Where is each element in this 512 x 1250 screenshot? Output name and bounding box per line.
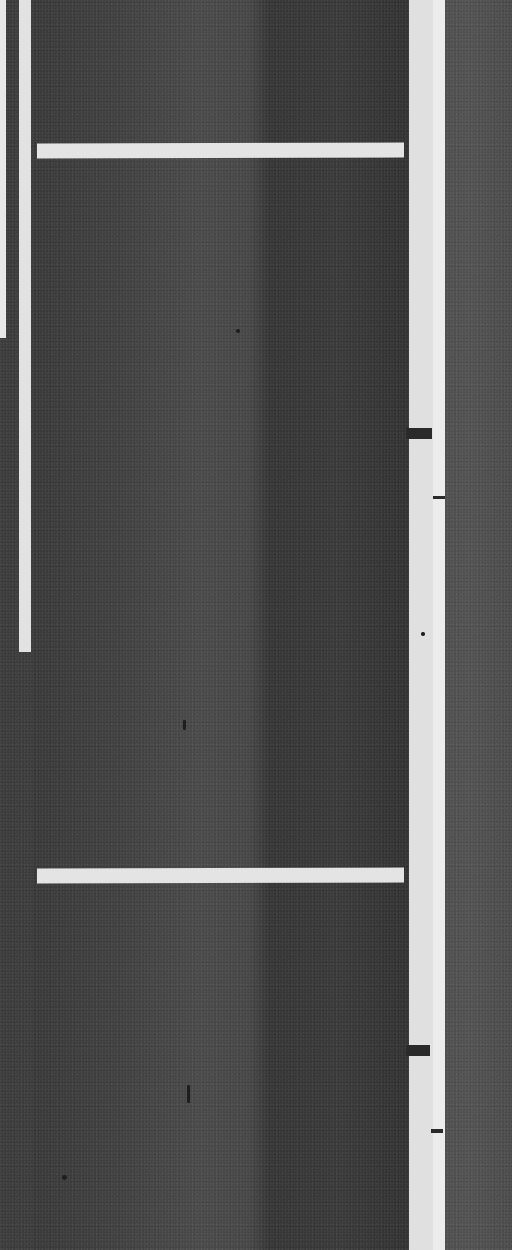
curb-gap (406, 428, 432, 439)
transverse-line-top (37, 143, 404, 159)
debris-spot (187, 1085, 190, 1103)
left-outer-edge-line (0, 0, 6, 338)
curb-gap (433, 496, 445, 499)
debris-spot (62, 1175, 67, 1180)
debris-spot (183, 720, 186, 730)
curb-gap (431, 1129, 443, 1133)
transverse-line-bottom (37, 868, 404, 884)
right-curb-line (409, 0, 433, 1250)
right-edge-line (433, 0, 445, 1250)
curb-gap (406, 1045, 430, 1056)
debris-spot (421, 632, 425, 636)
left-inner-edge-line (19, 0, 31, 652)
road-surface (0, 0, 512, 1250)
debris-spot (236, 329, 240, 333)
